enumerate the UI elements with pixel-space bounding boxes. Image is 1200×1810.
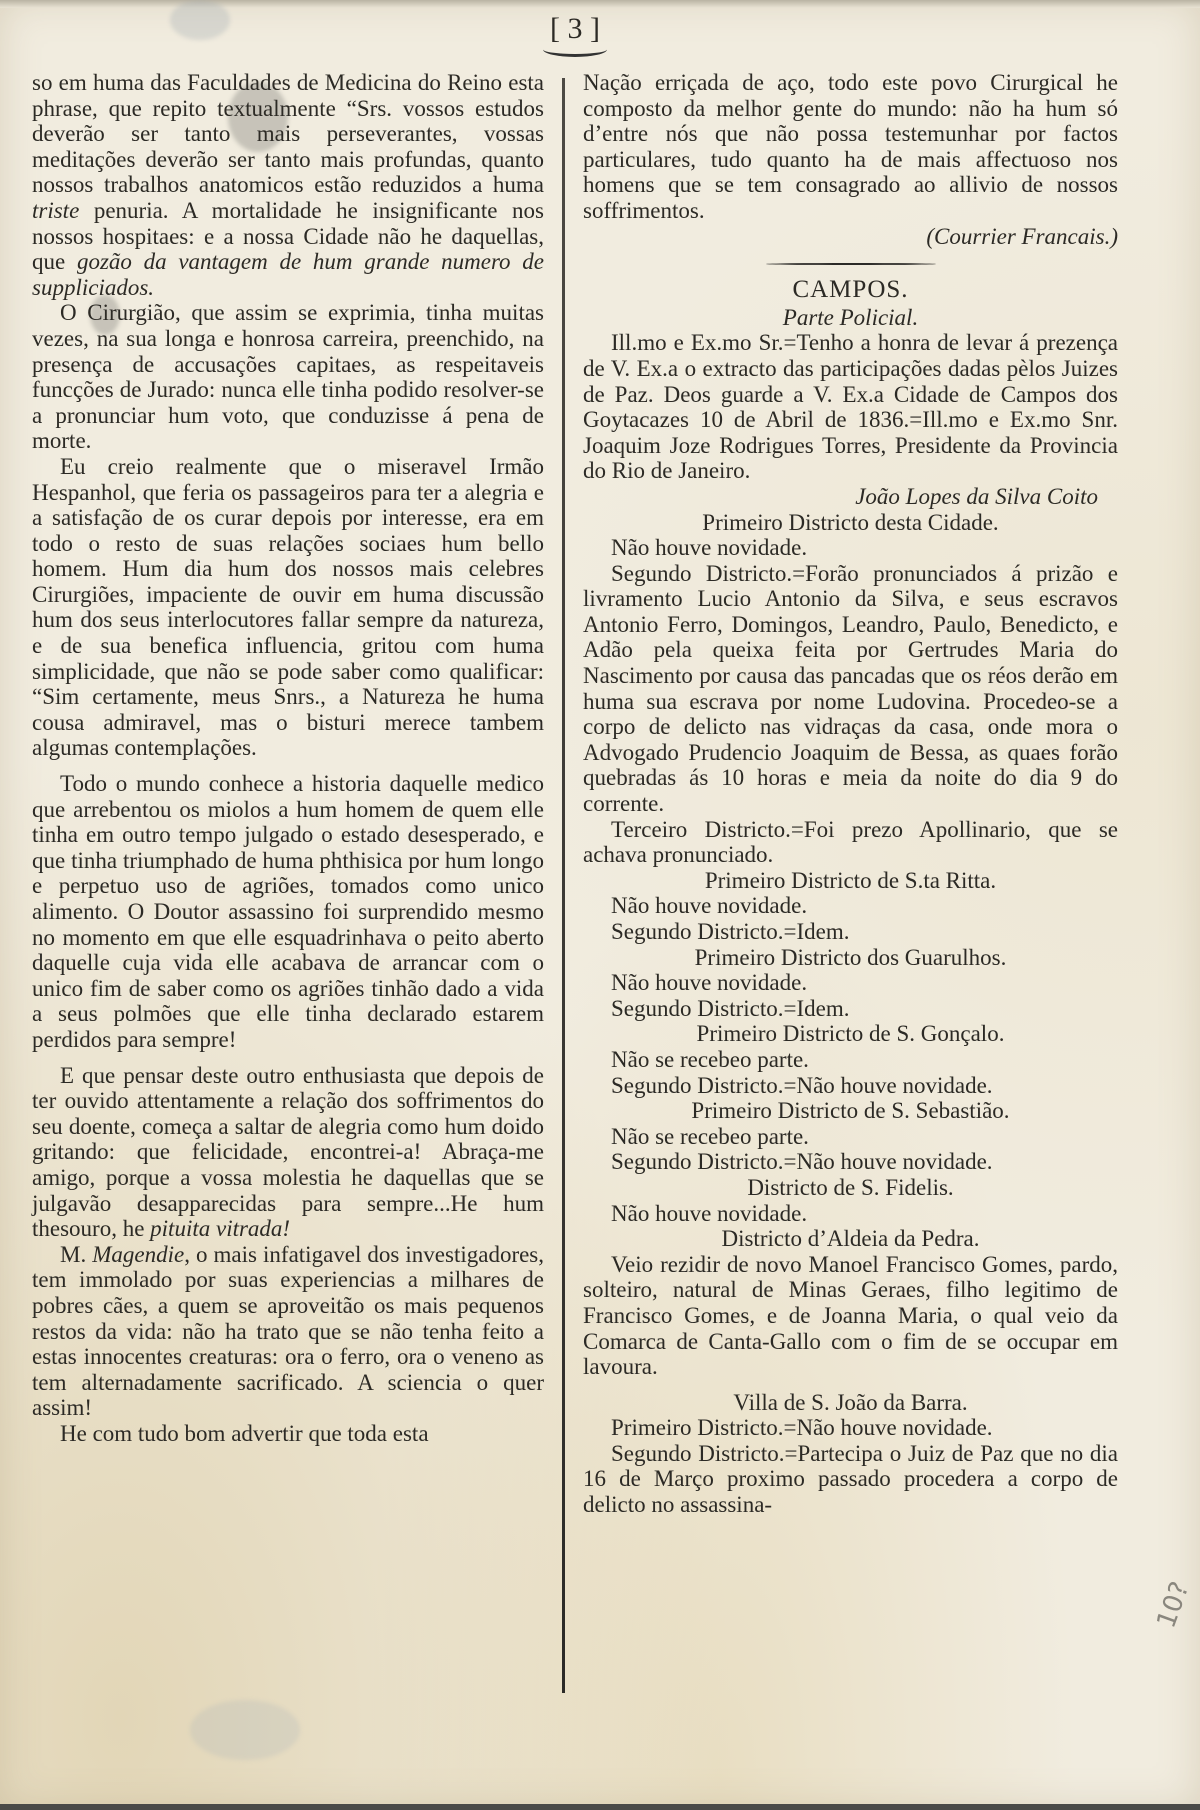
page-number: [ 3 ] — [540, 12, 610, 57]
signature: João Lopes da Silva Coito — [583, 484, 1118, 510]
newspaper-page: [ 3 ] so em huma das Faculdades de Medic… — [0, 0, 1200, 1810]
district-report: Não se recebeo parte. — [583, 1124, 1118, 1150]
district-heading: Primeiro Districto de S. Sebastião. — [583, 1098, 1118, 1124]
district-report: Não houve novidade. — [583, 535, 1118, 561]
section-divider — [766, 263, 936, 265]
paragraph-text: M. — [60, 1242, 92, 1267]
article-source: (Courrier Francais.) — [583, 224, 1118, 250]
paragraph-text: , o mais infatigavel dos investigadores,… — [32, 1242, 544, 1421]
page-number-value: 3 — [568, 12, 583, 45]
article-paragraph: so em huma das Faculdades de Medicina do… — [32, 70, 544, 300]
paragraph-text: E que pensar deste outro enthusiasta que… — [32, 1063, 544, 1242]
column-divider — [562, 78, 565, 1693]
district-heading: Districto d’Aldeia da Pedra. — [583, 1226, 1118, 1252]
district-report: Não houve novidade. — [583, 1201, 1118, 1227]
ink-stain — [170, 0, 230, 40]
district-report: Não houve novidade. — [583, 893, 1118, 919]
italic-text: Magendie — [92, 1242, 184, 1267]
article-paragraph: Eu creio realmente que o miseravel Irmão… — [32, 454, 544, 761]
article-continuation: Nação erriçada de aço, todo este povo Ci… — [583, 70, 1118, 224]
district-heading: Primeiro Districto de S. Gonçalo. — [583, 1021, 1118, 1047]
italic-text: pituita vitrada! — [150, 1216, 290, 1241]
district-heading: Primeiro Districto de S.ta Ritta. — [583, 868, 1118, 894]
district-report: Segundo Districto.=Idem. — [583, 919, 1118, 945]
paragraph-text: so em huma das Faculdades de Medicina do… — [32, 70, 544, 197]
handwritten-margin-note: 10? — [1151, 1578, 1195, 1632]
spacer — [583, 1380, 1118, 1390]
article-paragraph: Todo o mundo conhece a historia daquelle… — [32, 771, 544, 1053]
district-report: Não se recebeo parte. — [583, 1047, 1118, 1073]
district-heading: Primeiro Districto desta Cidade. — [583, 510, 1118, 536]
district-report: Primeiro Districto.=Não houve novidade. — [583, 1415, 1118, 1441]
district-heading: Districto de S. Fidelis. — [583, 1175, 1118, 1201]
district-report: Segundo Districto.=Partecipa o Juiz de P… — [583, 1441, 1118, 1518]
section-title: CAMPOS. — [583, 277, 1118, 303]
section-subtitle: Parte Policial. — [583, 305, 1118, 331]
article-paragraph: He com tudo bom advertir que toda esta — [32, 1421, 544, 1447]
district-report: Segundo Districto.=Forão pronunciados á … — [583, 561, 1118, 817]
right-column: Nação erriçada de aço, todo este povo Ci… — [583, 70, 1118, 1518]
article-paragraph: E que pensar deste outro enthusiasta que… — [32, 1063, 544, 1242]
left-column: so em huma das Faculdades de Medicina do… — [32, 70, 544, 1446]
italic-text: triste — [32, 198, 79, 223]
spacer — [32, 1053, 544, 1063]
ink-stain — [190, 1700, 300, 1760]
article-paragraph: O Cirurgião, que assim se exprimia, tinh… — [32, 300, 544, 454]
district-report: Terceiro Districto.=Foi prezo Apollinari… — [583, 817, 1118, 868]
page-number-bracket-left: [ — [550, 12, 568, 45]
italic-text: gozão da vantagem de hum grande numero d… — [32, 249, 544, 300]
official-letter: Ill.mo e Ex.mo Sr.=Tenho a honra de leva… — [583, 330, 1118, 484]
district-heading: Villa de S. João da Barra. — [583, 1390, 1118, 1416]
district-report: Veio rezidir de novo Manoel Francisco Go… — [583, 1252, 1118, 1380]
district-heading: Primeiro Districto dos Guarulhos. — [583, 945, 1118, 971]
page-number-bracket-right: ] — [583, 12, 601, 45]
article-paragraph: M. Magendie, o mais infatigavel dos inve… — [32, 1242, 544, 1421]
district-report: Segundo Districto.=Não houve novidade. — [583, 1073, 1118, 1099]
spacer — [32, 761, 544, 771]
page-bottom-edge — [0, 1804, 1200, 1810]
district-report: Segundo Districto.=Não houve novidade. — [583, 1149, 1118, 1175]
district-report: Segundo Districto.=Idem. — [583, 996, 1118, 1022]
district-report: Não houve novidade. — [583, 970, 1118, 996]
